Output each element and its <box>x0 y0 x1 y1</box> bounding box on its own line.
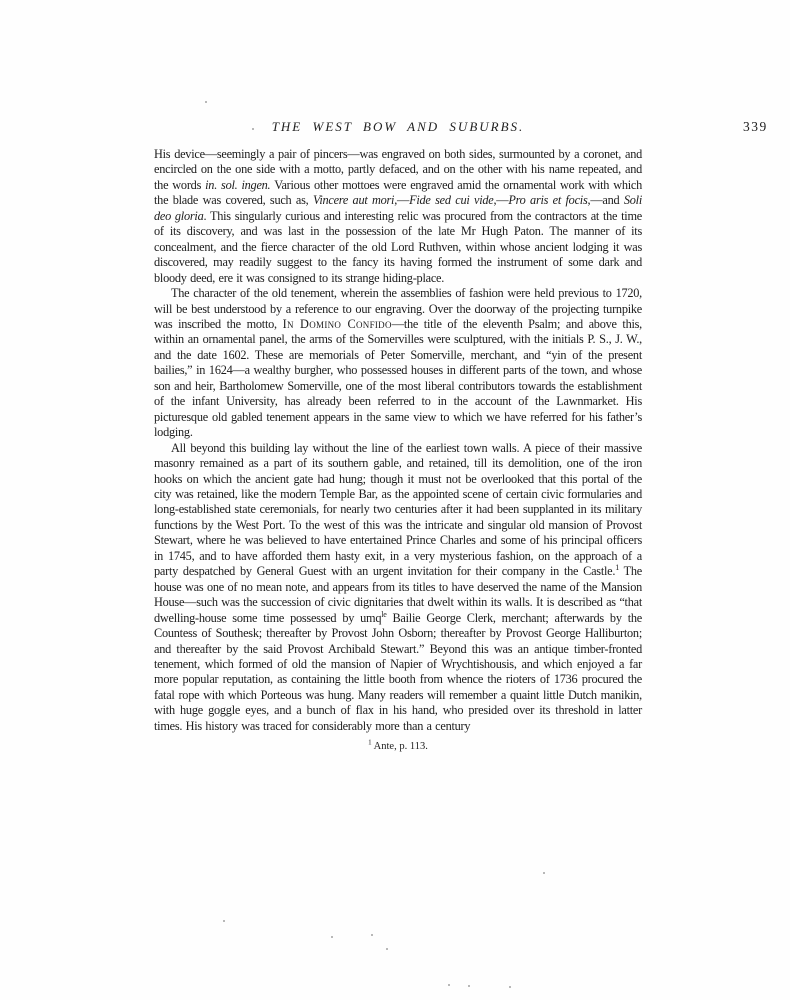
scan-speck <box>468 985 470 987</box>
text-segment-normal: ,—and <box>588 193 624 207</box>
document-body: His device—seemingly a pair of pincers—w… <box>154 147 642 734</box>
scan-speck <box>543 872 545 874</box>
text-column: His device—seemingly a pair of pincers—w… <box>154 147 642 752</box>
paragraph: His device—seemingly a pair of pincers—w… <box>154 147 642 286</box>
footnote-text: Ante, p. 113. <box>372 741 428 752</box>
text-segment-normal: All beyond this building lay without the… <box>154 441 642 579</box>
footnote: 1 Ante, p. 113. <box>154 741 642 752</box>
text-segment-normal: Bailie George Clerk, merchant; afterward… <box>154 611 642 733</box>
text-segment-normal: . This singularly curious and interestin… <box>154 209 642 285</box>
scan-speck <box>386 948 388 950</box>
text-segment-smallcaps: In Domino Confido <box>283 317 392 331</box>
scan-speck <box>223 920 225 922</box>
book-page: THE WEST BOW AND SUBURBS. 339 His device… <box>0 0 790 1000</box>
text-segment-italic: Pro aris et focis <box>508 193 587 207</box>
scan-speck <box>331 936 333 938</box>
scan-speck <box>371 934 373 936</box>
text-segment-italic: in. sol. ingen. <box>205 178 270 192</box>
paragraph: All beyond this building lay without the… <box>154 441 642 735</box>
text-segment-italic: Fide sed cui vide <box>409 193 493 207</box>
text-segment-normal: —the title of the eleventh Psalm; and ab… <box>154 317 642 439</box>
scan-speck <box>448 984 450 986</box>
scan-speck <box>205 101 207 103</box>
scan-speck <box>252 128 254 130</box>
text-segment-normal: ,— <box>394 193 409 207</box>
text-segment-italic: Vincere aut mori <box>313 193 394 207</box>
scan-speck <box>509 986 511 988</box>
running-title: THE WEST BOW AND SUBURBS. <box>154 119 642 135</box>
page-header: THE WEST BOW AND SUBURBS. 339 <box>154 119 642 137</box>
paragraph: The character of the old tenement, where… <box>154 286 642 441</box>
text-segment-normal: ,— <box>493 193 508 207</box>
page-number: 339 <box>743 119 768 135</box>
